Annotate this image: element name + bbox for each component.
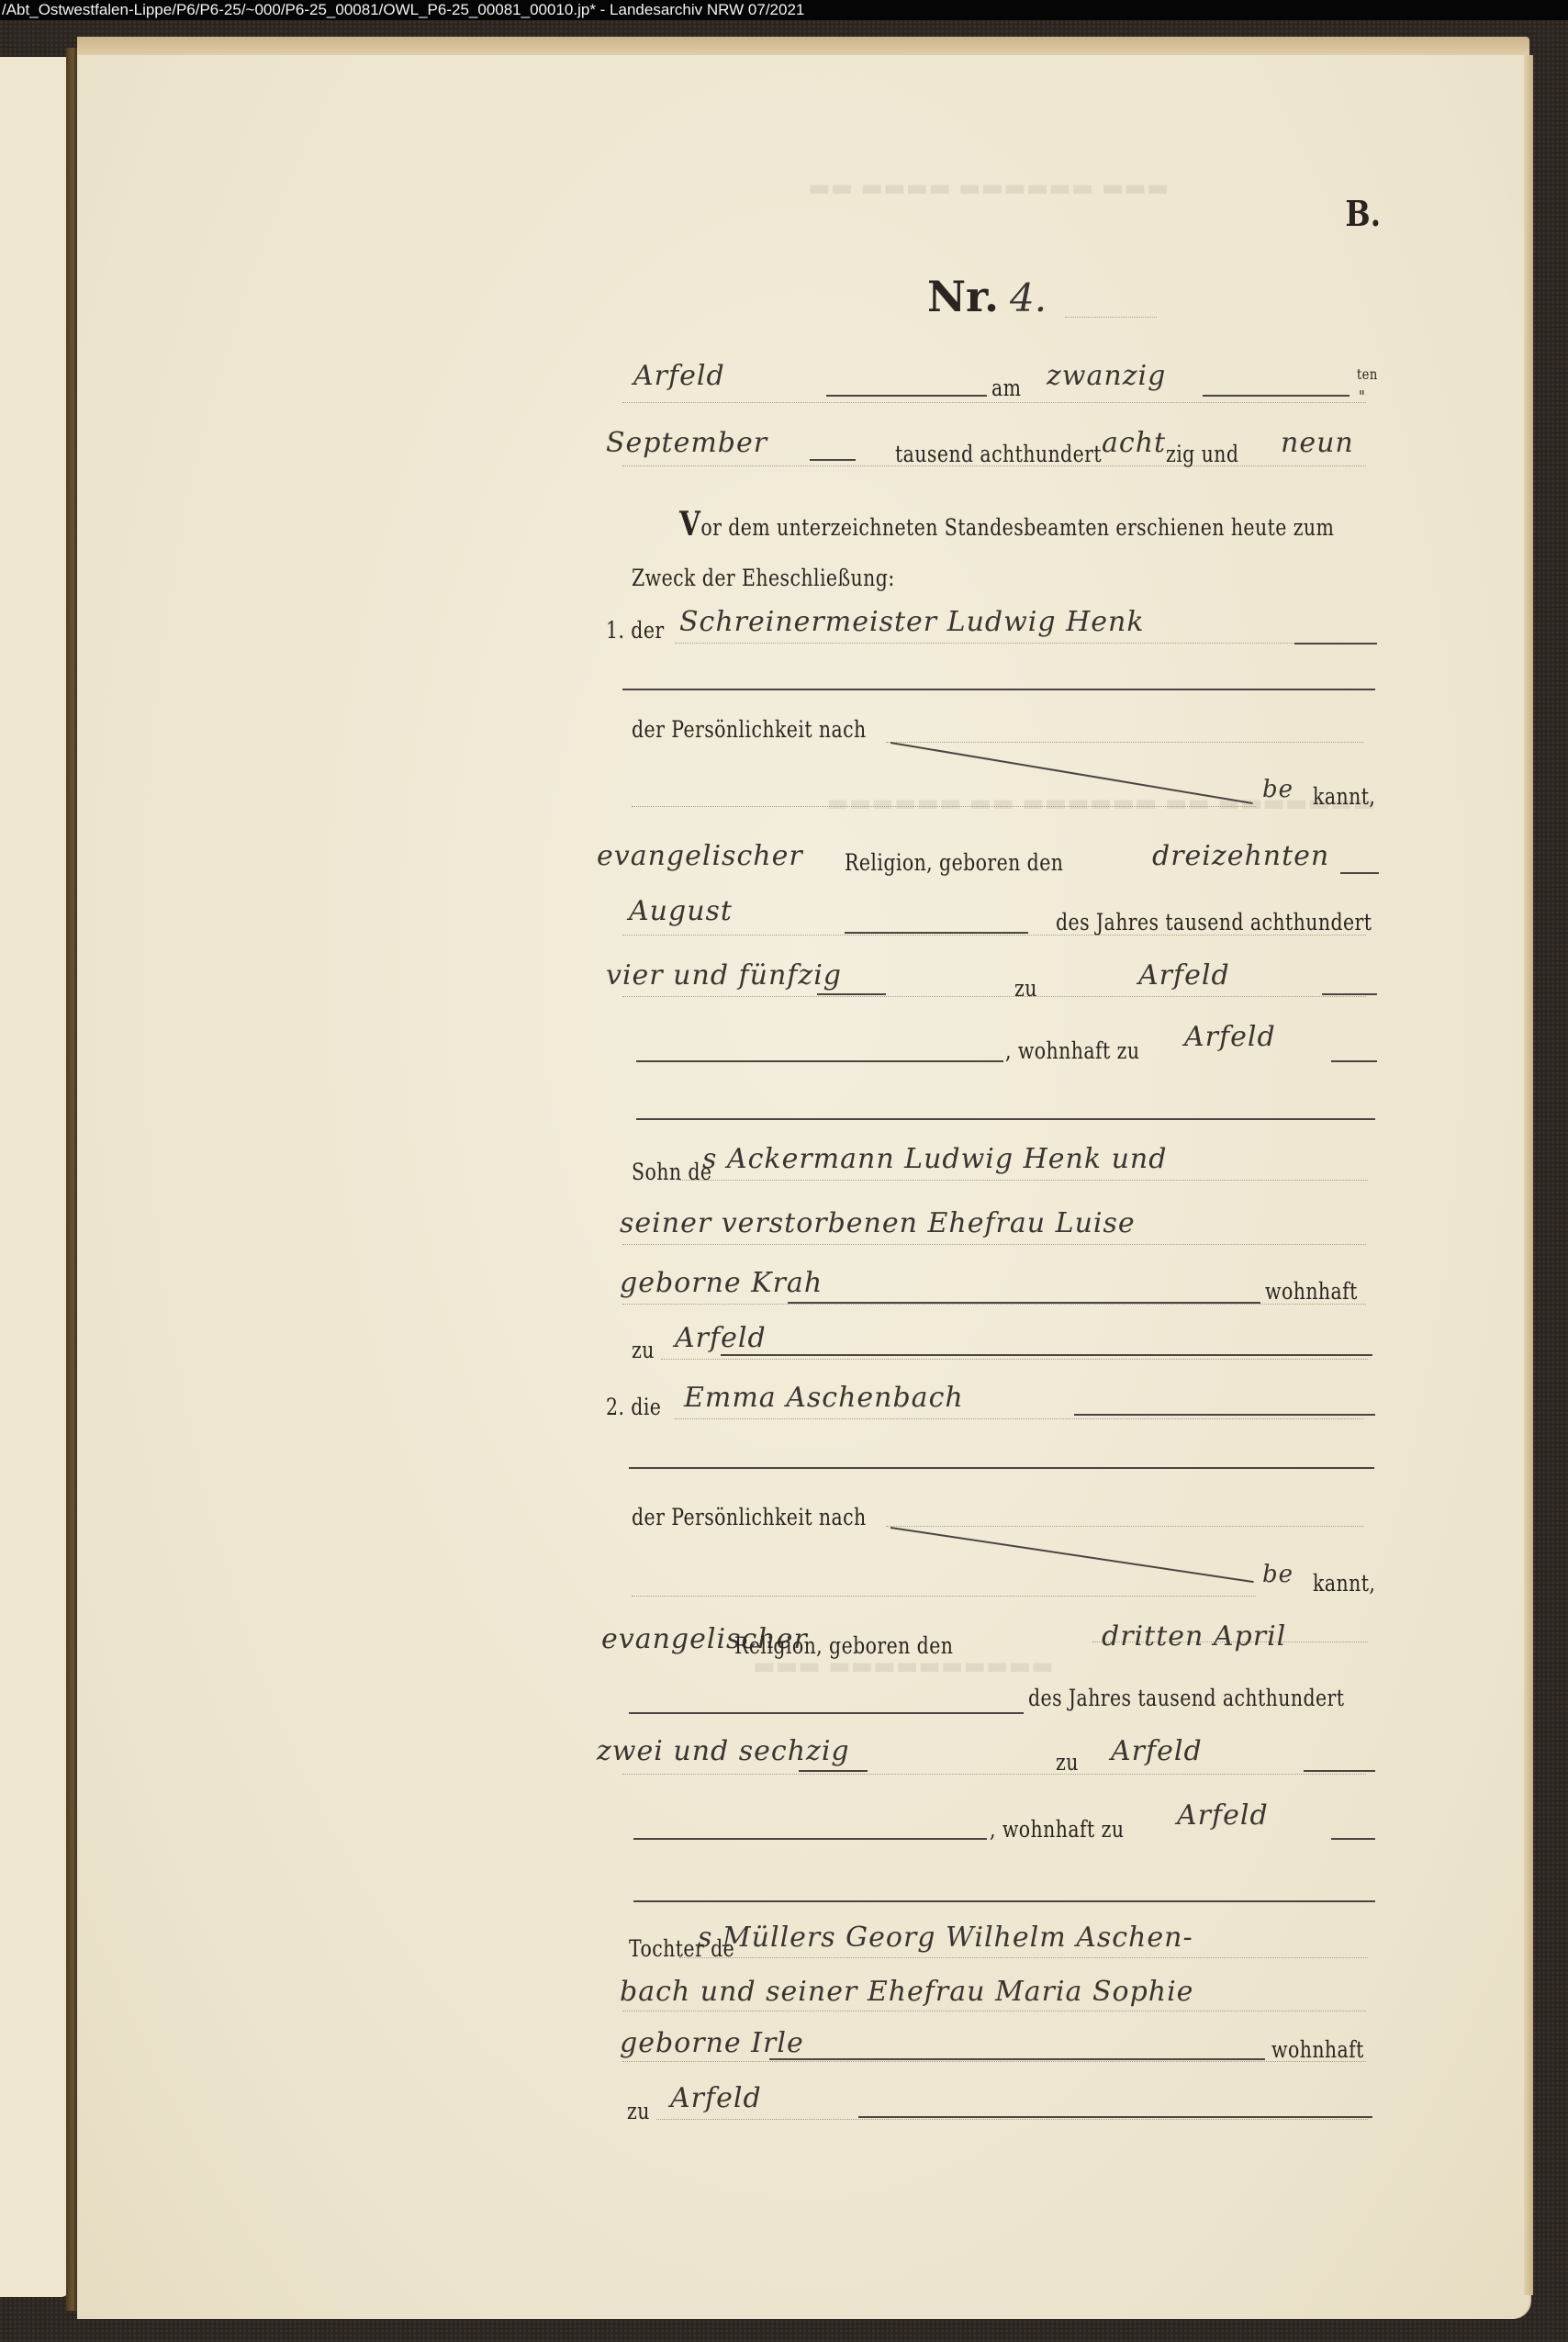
bride-identity-hand: be <box>1262 1561 1294 1588</box>
dotted-line <box>679 1957 1368 1958</box>
dotted-line <box>675 643 1363 644</box>
fill-rule <box>1304 1770 1375 1772</box>
bride-parents-line3: geborne Irle <box>620 2027 804 2059</box>
fill-rule <box>826 395 987 397</box>
bride-parents-line1: s Müllers Georg Wilhelm Aschen- <box>698 1922 1193 1954</box>
groom-parents-label: Sohn de <box>632 1159 711 1185</box>
groom-identity-hand: be <box>1262 776 1294 803</box>
bleed-through-text: ▬▬ ▬▬▬▬ ▬▬▬▬▬▬ ▬▬▬ <box>808 174 1169 202</box>
fill-rule <box>769 2058 1265 2060</box>
fill-rule <box>799 1770 868 1772</box>
dotted-line <box>632 1596 1256 1597</box>
label-ten: ten <box>1357 365 1378 383</box>
bride-identity-label: der Persönlichkeit nach <box>632 1504 867 1530</box>
groom-parents-residence: Arfeld <box>675 1322 767 1354</box>
dotted-line <box>622 1774 1366 1775</box>
fill-rule <box>1203 395 1350 397</box>
groom-birth-place: Arfeld <box>1138 959 1230 992</box>
bride-name: Emma Aschenbach <box>684 1382 964 1414</box>
section-letter: B. <box>1345 193 1381 234</box>
bride-residence: Arfeld <box>1177 1799 1269 1832</box>
fill-rule <box>1322 993 1377 995</box>
drop-initial: V <box>679 505 700 543</box>
bride-identity-print: kannt, <box>1313 1570 1375 1597</box>
fill-rule <box>1340 872 1379 874</box>
groom-parents-residence-prefix: zu <box>632 1337 655 1363</box>
bride-birth-date: dritten April <box>1102 1620 1286 1653</box>
dotted-line <box>661 1359 1368 1360</box>
bride-birth-place-label: zu <box>1056 1749 1079 1776</box>
fill-rule <box>629 1712 1024 1714</box>
handwritten-month: September <box>606 427 767 459</box>
fill-rule <box>788 1302 1260 1304</box>
dotted-line <box>886 1526 1363 1527</box>
fill-rule <box>633 1900 1375 1902</box>
fill-rule <box>845 932 1028 934</box>
bride-prefix: 2. die <box>606 1394 661 1420</box>
page-stack-right-edge <box>1524 55 1533 2295</box>
dotted-line <box>656 2119 1368 2120</box>
fill-rule <box>622 689 1375 690</box>
fill-rule <box>633 1838 987 1840</box>
label-am: am <box>991 375 1021 401</box>
bride-birth-year: zwei und sechzig <box>597 1735 850 1767</box>
groom-birth-year: vier und fünfzig <box>606 959 842 992</box>
dotted-line <box>622 1244 1366 1245</box>
groom-birth-place-label: zu <box>1014 975 1037 1002</box>
bride-parents-line2: bach und seiner Ehefrau Maria Sophie <box>620 1976 1193 2008</box>
record-number-label: Nr. <box>927 272 999 321</box>
bride-parents-residence-prefix: zu <box>627 2098 650 2124</box>
bride-parents-residence-label: wohnhaft <box>1271 2036 1364 2063</box>
window-title-bar: /Abt_Ostwestfalen-Lippe/P6/P6-25/~000/P6… <box>0 0 1568 20</box>
dotted-line <box>622 2011 1366 2011</box>
fill-rule <box>1294 643 1377 644</box>
bride-year-label: des Jahres tausend achthundert <box>1028 1685 1344 1711</box>
left-page-edge <box>0 57 70 2297</box>
dotted-line <box>622 402 1366 403</box>
dotted-line <box>675 1418 1363 1419</box>
handwritten-unit: neun <box>1281 427 1354 459</box>
groom-parents-line3: geborne Krah <box>620 1267 823 1299</box>
window-title: /Abt_Ostwestfalen-Lippe/P6/P6-25/~000/P6… <box>2 1 804 18</box>
fill-rule <box>817 993 886 995</box>
handwritten-place: Arfeld <box>633 360 725 392</box>
groom-birth-month: August <box>629 895 733 927</box>
bride-religion-label: Religion, geboren den <box>734 1632 953 1659</box>
handwritten-day: zwanzig <box>1047 360 1166 392</box>
fill-rule <box>1331 1060 1377 1062</box>
book-binding <box>66 48 77 2311</box>
bride-birth-place: Arfeld <box>1111 1735 1203 1767</box>
groom-identity-print: kannt, <box>1313 783 1375 810</box>
dotted-line <box>622 2061 1366 2062</box>
groom-residence: Arfeld <box>1184 1021 1276 1053</box>
dotted-line <box>622 996 1366 997</box>
fill-rule <box>636 1060 1003 1062</box>
groom-parents-line2: seiner verstorbenen Ehefrau Luise <box>620 1207 1136 1239</box>
label-decade-suffix: zig und <box>1166 441 1238 467</box>
groom-year-label: des Jahres tausend achthundert <box>1056 909 1372 936</box>
dotted-line <box>679 1180 1368 1181</box>
bride-residence-label: , wohnhaft zu <box>990 1816 1124 1843</box>
fill-rule <box>629 1467 1374 1469</box>
label-year-printed: tausend achthundert <box>895 441 1102 467</box>
groom-residence-label: , wohnhaft zu <box>1005 1037 1139 1064</box>
groom-name: Schreinermeister Ludwig Henk <box>679 606 1145 638</box>
dotted-line <box>1065 317 1157 318</box>
fill-rule <box>1331 1838 1375 1840</box>
groom-birth-day: dreizehnten <box>1152 840 1329 872</box>
bride-parents-residence: Arfeld <box>670 2082 762 2114</box>
handwritten-decade: acht <box>1102 427 1166 459</box>
dotted-line <box>632 806 1256 807</box>
fill-rule <box>1074 1414 1375 1416</box>
groom-parents-line1: s Ackermann Ludwig Henk und <box>702 1143 1167 1175</box>
record-number-value: 4. <box>1010 275 1047 320</box>
groom-religion-label: Religion, geboren den <box>845 849 1063 876</box>
groom-parents-residence-label: wohnhaft <box>1265 1278 1358 1305</box>
dotted-line <box>886 742 1363 743</box>
fill-rule <box>810 459 856 461</box>
fill-rule <box>636 1118 1375 1120</box>
intro-line-1: Vor dem unterzeichneten Standesbeamten e… <box>679 505 1334 543</box>
fill-rule <box>858 2116 1372 2118</box>
intro-text: or dem unterzeichneten Standesbeamten er… <box>700 514 1334 541</box>
groom-identity-label: der Persönlichkeit nach <box>632 716 867 743</box>
groom-religion: evangelischer <box>597 840 803 872</box>
fill-rule <box>721 1354 1372 1356</box>
dotted-line <box>622 1304 1366 1305</box>
ditto-mark: " <box>1359 387 1365 407</box>
intro-line-2: Zweck der Eheschließung: <box>632 565 895 591</box>
groom-prefix: 1. der <box>606 617 665 644</box>
